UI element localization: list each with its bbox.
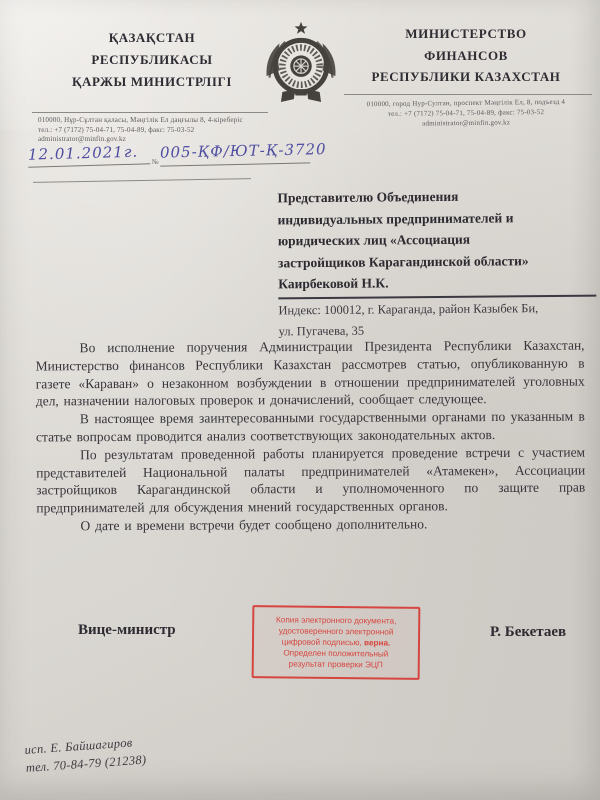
- address-ru-line: administrator@minfin.gov.kz: [338, 116, 594, 129]
- handwritten-date: 12.01.2021г.: [28, 142, 151, 167]
- body-paragraph: О дате и времени встречи будет сообщено …: [36, 515, 585, 536]
- recipient-block: Представителю Объединения индивидуальных…: [277, 185, 598, 342]
- address-kk-line: тел.: +7 (7172) 75-04-71, 75-04-89, факс…: [38, 126, 278, 136]
- address-block-russian: 010000, город Нур-Султан, проспект Мәңгі…: [338, 96, 594, 129]
- body-paragraph: Во исполнение поручения Администрации Пр…: [35, 337, 584, 411]
- stamp-line-text: цифровой подписью,: [282, 637, 365, 647]
- signer-position: Вице-министр: [78, 622, 176, 639]
- header-divider-left: [32, 112, 268, 113]
- address-block-kazakh: 010000, Нұр-Сұлтан қаласы, Мәңгілік Ел д…: [38, 116, 278, 145]
- org-name-kk-line: ҚАРЖЫ МИНИСТРЛІГІ: [46, 71, 258, 93]
- stamp-line: Определен положительный: [260, 647, 412, 660]
- stamp-line: результат проверки ЭЦП: [260, 658, 412, 671]
- letter-body: Во исполнение поручения Администрации Пр…: [35, 337, 585, 536]
- address-kk-line: 010000, Нұр-Сұлтан қаласы, Мәңгілік Ел д…: [38, 116, 278, 126]
- recipient-line: застройщиков Карагандинской области»: [278, 249, 598, 273]
- recipient-line: Представителю Объединения: [277, 185, 597, 209]
- recipient-line: индивидуальных предпринимателей и: [278, 206, 598, 230]
- scanned-letter: ҚАЗАҚСТАН РЕСПУБЛИКАСЫ ҚАРЖЫ МИНИСТРЛІГІ: [0, 0, 600, 800]
- recipient-address-line: Индекс: 100012, г. Караганда, район Казы…: [278, 298, 598, 320]
- signer-name: Р. Бекетаев: [490, 624, 566, 641]
- org-name-russian: МИНИСТЕРСТВО ФИНАНСОВ РЕСПУБЛИКИ КАЗАХСТ…: [338, 23, 594, 88]
- recipient-name: Каирбековой Н.К.: [278, 271, 598, 295]
- recipient-line: юридических лиц «Ассоциация: [278, 228, 598, 252]
- number-sign-label: №: [152, 158, 159, 166]
- digital-signature-stamp: Копия электронного документа, удостовере…: [252, 605, 421, 680]
- reference-blank-line: [33, 178, 251, 183]
- org-name-ru-line: ФИНАНСОВ: [338, 45, 594, 67]
- header-divider-right: [344, 94, 592, 95]
- kazakhstan-coat-of-arms-icon: [258, 20, 344, 108]
- executor-info: исп. Е. Байшагиров тел. 70-84-79 (21238): [24, 734, 147, 777]
- body-paragraph: По результатам проведенной работы планир…: [36, 443, 585, 517]
- org-name-ru-line: РЕСПУБЛИКИ КАЗАХСТАН: [338, 66, 594, 88]
- stamp-line-bold: верна.: [364, 638, 390, 647]
- org-name-ru-line: МИНИСТЕРСТВО: [338, 23, 594, 45]
- body-paragraph: В настоящее время заинтересованными госу…: [36, 408, 585, 446]
- org-name-kazakh: ҚАЗАҚСТАН РЕСПУБЛИКАСЫ ҚАРЖЫ МИНИСТРЛІГІ: [46, 27, 258, 93]
- org-name-kk-line: ҚАЗАҚСТАН: [46, 27, 258, 49]
- org-name-kk-line: РЕСПУБЛИКАСЫ: [46, 49, 258, 71]
- handwritten-outgoing-number: 005-ҚФ/ЮТ-Қ-3720: [160, 140, 310, 166]
